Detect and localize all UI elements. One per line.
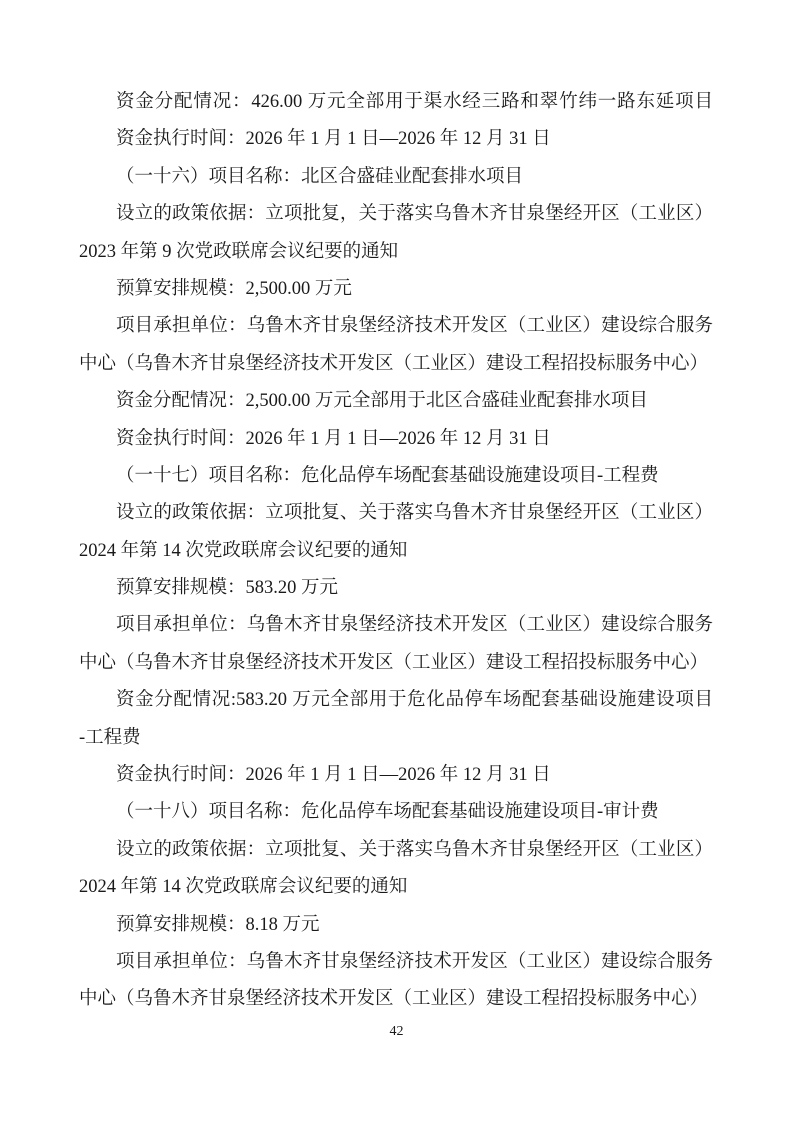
text-line: 资金分配情况:583.20 万元全部用于危化品停车场配套基础设施建设项目 (79, 682, 713, 719)
text-line: 2024 年第 14 次党政联席会议纪要的通知 (79, 533, 713, 570)
text-line: 中心（乌鲁木齐甘泉堡经济技术开发区（工业区）建设工程招投标服务中心） (79, 645, 713, 682)
text-line: 预算安排规模：2,500.00 万元 (79, 271, 713, 308)
text-line: 项目承担单位：乌鲁木齐甘泉堡经济技术开发区（工业区）建设综合服务 (79, 607, 713, 644)
text-line: 预算安排规模：583.20 万元 (79, 570, 713, 607)
document-body: 资金分配情况：426.00 万元全部用于渠水经三路和翠竹纬一路东延项目 资金执行… (79, 84, 713, 1019)
text-line: -工程费 (79, 720, 713, 757)
text-line: 资金执行时间：2026 年 1 月 1 日—2026 年 12 月 31 日 (79, 121, 713, 158)
page-number: 42 (0, 1024, 793, 1040)
text-line: 项目承担单位：乌鲁木齐甘泉堡经济技术开发区（工业区）建设综合服务 (79, 308, 713, 345)
text-line: 中心（乌鲁木齐甘泉堡经济技术开发区（工业区）建设工程招投标服务中心） (79, 346, 713, 383)
text-line: 中心（乌鲁木齐甘泉堡经济技术开发区（工业区）建设工程招投标服务中心） (79, 981, 713, 1018)
text-line: 2024 年第 14 次党政联席会议纪要的通知 (79, 869, 713, 906)
text-line: 设立的政策依据：立项批复，关于落实乌鲁木齐甘泉堡经开区（工业区） (79, 196, 713, 233)
text-line: 资金分配情况：2,500.00 万元全部用于北区合盛硅业配套排水项目 (79, 383, 713, 420)
text-line: 2023 年第 9 次党政联席会议纪要的通知 (79, 234, 713, 271)
text-line: 资金分配情况：426.00 万元全部用于渠水经三路和翠竹纬一路东延项目 (79, 84, 713, 121)
text-line: （一十七）项目名称：危化品停车场配套基础设施建设项目-工程费 (79, 458, 713, 495)
text-line: 预算安排规模：8.18 万元 (79, 907, 713, 944)
text-line: 设立的政策依据：立项批复、关于落实乌鲁木齐甘泉堡经开区（工业区） (79, 495, 713, 532)
text-line: （一十八）项目名称：危化品停车场配套基础设施建设项目-审计费 (79, 794, 713, 831)
text-line: 设立的政策依据：立项批复、关于落实乌鲁木齐甘泉堡经开区（工业区） (79, 832, 713, 869)
text-line: （一十六）项目名称：北区合盛硅业配套排水项目 (79, 159, 713, 196)
text-line: 资金执行时间：2026 年 1 月 1 日—2026 年 12 月 31 日 (79, 757, 713, 794)
text-line: 资金执行时间：2026 年 1 月 1 日—2026 年 12 月 31 日 (79, 421, 713, 458)
document-page: 资金分配情况：426.00 万元全部用于渠水经三路和翠竹纬一路东延项目 资金执行… (0, 0, 793, 1122)
text-line: 项目承担单位：乌鲁木齐甘泉堡经济技术开发区（工业区）建设综合服务 (79, 944, 713, 981)
